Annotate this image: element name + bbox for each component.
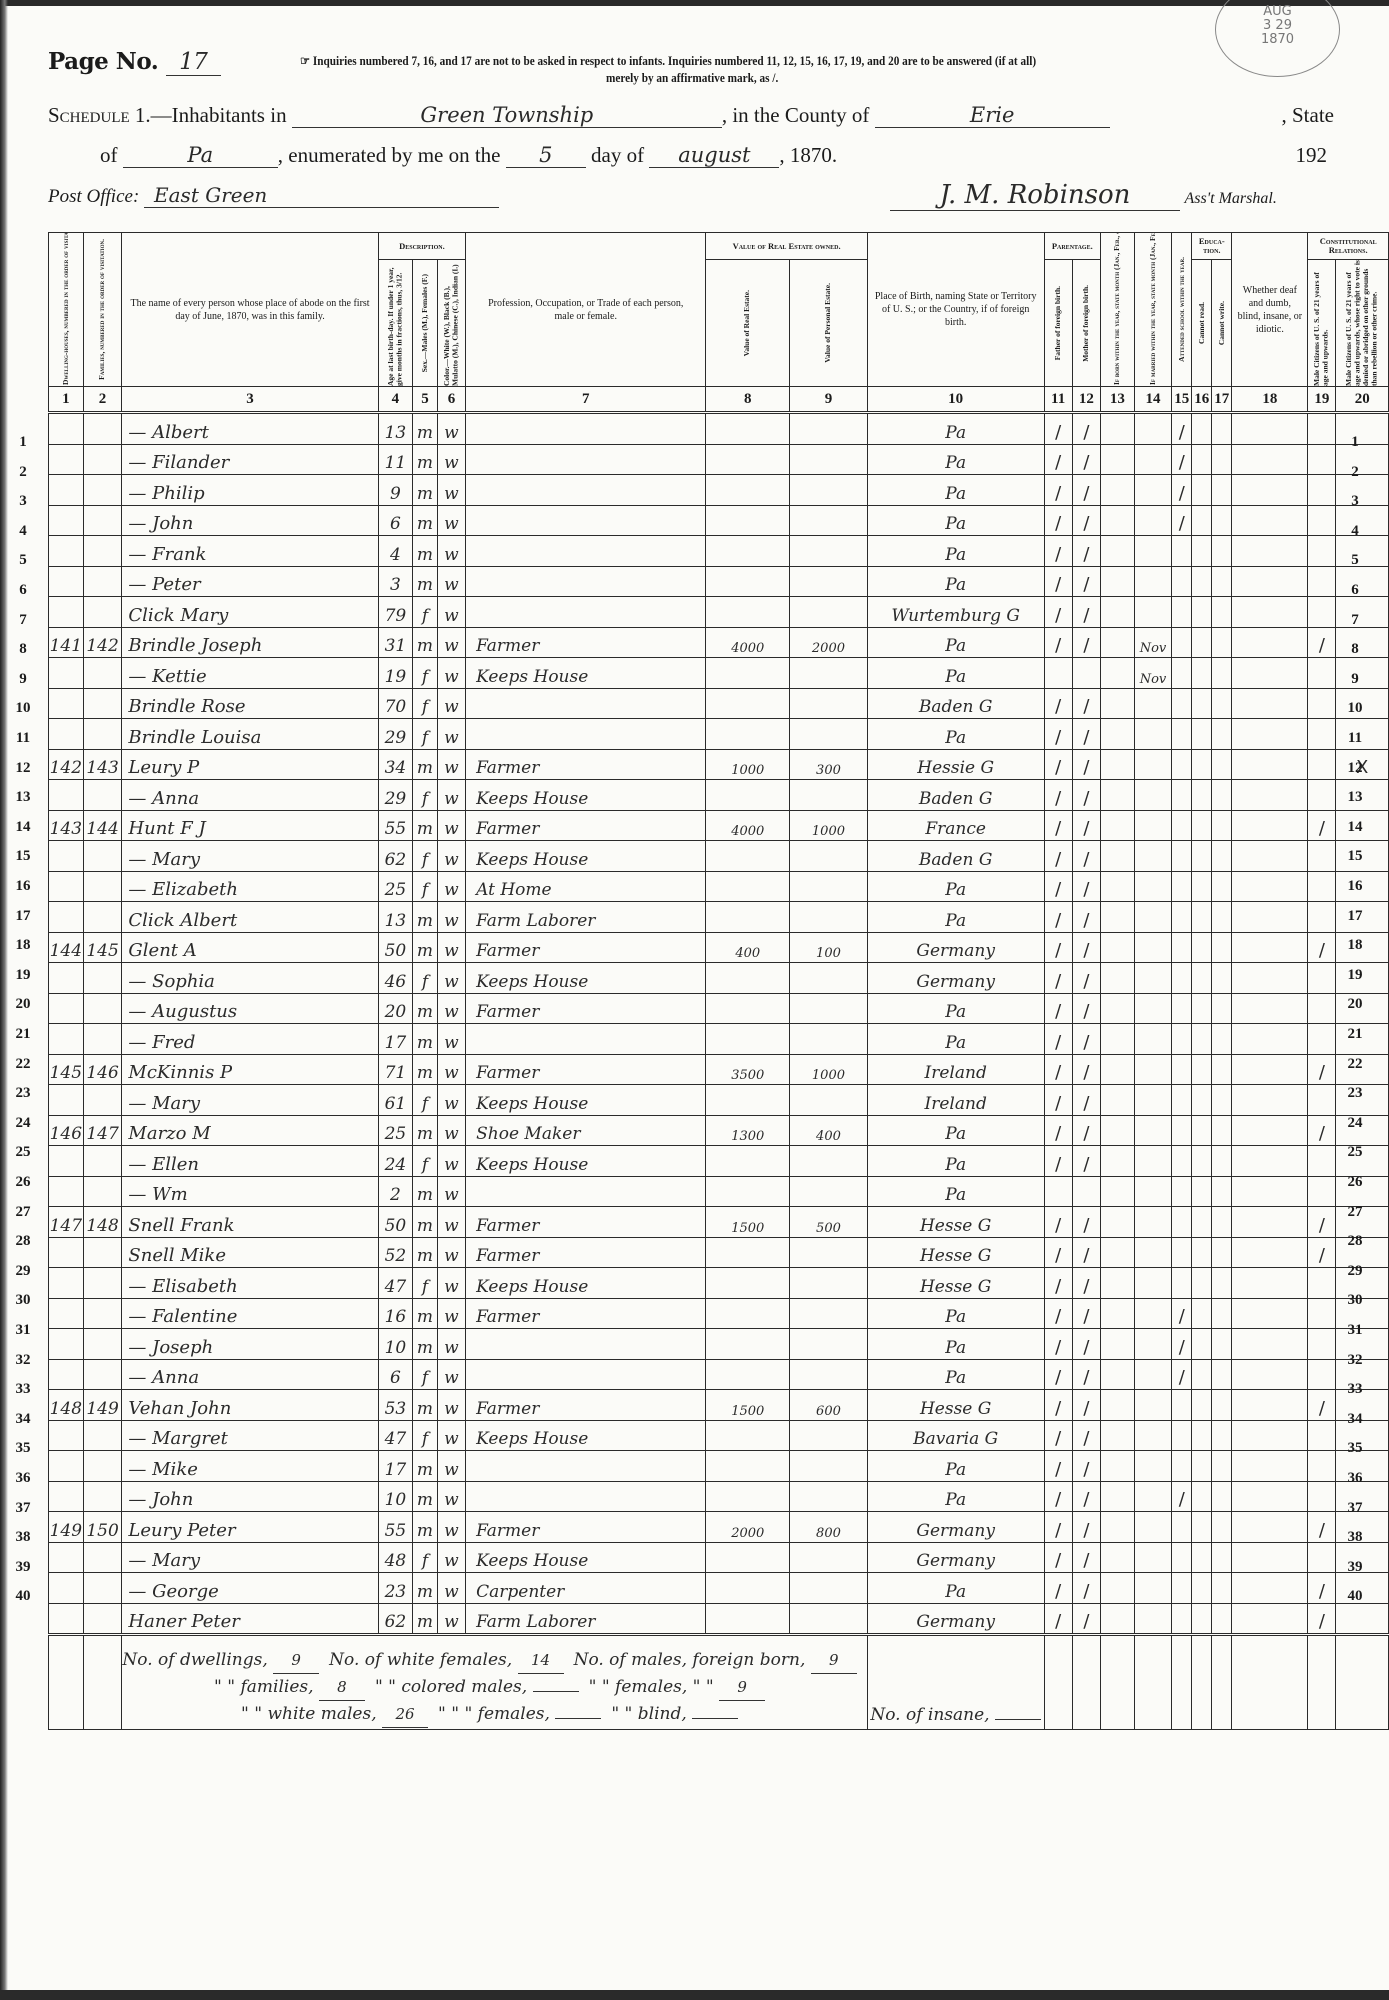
real-estate-value: [706, 1176, 790, 1207]
father-foreign-mark: /: [1044, 444, 1072, 475]
male-citizen-mark: [1308, 1176, 1336, 1207]
color: w: [437, 1024, 465, 1055]
personal-estate-value: [790, 505, 868, 536]
birthplace: Hessie G: [867, 749, 1044, 780]
married-month: [1134, 1146, 1172, 1177]
born-month: [1101, 1237, 1135, 1268]
table-row: — Falentine16mwFarmerPa///: [49, 1298, 1389, 1329]
married-month: [1134, 749, 1172, 780]
table-row: — Elizabeth25fwAt HomePa//: [49, 871, 1389, 902]
occupation: Keeps House: [466, 841, 706, 872]
family-number: [83, 871, 122, 902]
real-estate-value: [706, 1298, 790, 1329]
personal-estate-value: [790, 1573, 868, 1604]
color: w: [437, 1451, 465, 1482]
occupation: [466, 1481, 706, 1512]
header-age: Age at last birth-day. If under 1 year, …: [378, 260, 412, 387]
attended-school-mark: [1172, 1420, 1192, 1451]
dwelling-number: [49, 1481, 84, 1512]
birthplace: Hesse G: [867, 1268, 1044, 1299]
birthplace: Pa: [867, 902, 1044, 933]
male-citizen-mark: [1308, 444, 1336, 475]
header-vote-denied: Male Citizens of U. S. of 21 years of ag…: [1336, 260, 1389, 387]
line-number: 13: [8, 789, 38, 806]
table-row: 143144Hunt F J55mwFarmer40001000France//…: [49, 810, 1389, 841]
person-name: — Frank: [122, 536, 378, 567]
age: 70: [378, 688, 412, 719]
cannot-read-mark: [1192, 1146, 1212, 1177]
cannot-read-mark: [1192, 1512, 1212, 1543]
occupation: [466, 413, 706, 445]
birthplace: Pa: [867, 871, 1044, 902]
born-month: [1101, 1176, 1135, 1207]
birthplace: Pa: [867, 1573, 1044, 1604]
sex: f: [413, 1268, 438, 1299]
father-foreign-mark: /: [1044, 1451, 1072, 1482]
table-row: — John10mwPa///: [49, 1481, 1389, 1512]
married-month: [1134, 1115, 1172, 1146]
person-name: McKinnis P: [122, 1054, 378, 1085]
color: w: [437, 1176, 465, 1207]
family-number: 150: [83, 1512, 122, 1543]
line-number: 29: [8, 1263, 38, 1280]
attended-school-mark: /: [1172, 1359, 1192, 1390]
header-mother-foreign: Mother of foreign birth.: [1072, 260, 1100, 387]
attended-school-mark: [1172, 597, 1192, 628]
sex: m: [413, 1481, 438, 1512]
born-month: [1101, 658, 1135, 689]
age: 10: [378, 1329, 412, 1360]
disability: [1232, 627, 1308, 658]
born-month: [1101, 444, 1135, 475]
married-month: [1134, 1024, 1172, 1055]
disability: [1232, 597, 1308, 628]
married-month: [1134, 993, 1172, 1024]
line-number: 39: [1340, 1559, 1370, 1576]
sex: f: [413, 719, 438, 750]
cannot-write-mark: [1212, 810, 1232, 841]
mother-foreign-mark: /: [1072, 719, 1100, 750]
personal-estate-value: [790, 1451, 868, 1482]
father-foreign-mark: /: [1044, 1542, 1072, 1573]
born-month: [1101, 1054, 1135, 1085]
color: w: [437, 1512, 465, 1543]
person-name: — Mary: [122, 1085, 378, 1116]
born-month: [1101, 627, 1135, 658]
dwelling-number: [49, 1359, 84, 1390]
disability: [1232, 780, 1308, 811]
mother-foreign-mark: /: [1072, 566, 1100, 597]
real-estate-value: 4000: [706, 627, 790, 658]
attended-school-mark: /: [1172, 475, 1192, 506]
line-number: 22: [1340, 1056, 1370, 1073]
born-month: [1101, 536, 1135, 567]
birthplace: Pa: [867, 1115, 1044, 1146]
married-month: [1134, 1298, 1172, 1329]
born-month: [1101, 810, 1135, 841]
color: w: [437, 993, 465, 1024]
disability: [1232, 1298, 1308, 1329]
families-count: 8: [319, 1674, 365, 1701]
male-citizen-mark: [1308, 1420, 1336, 1451]
page-header: Page No. 17 AUG 3 29 1870 ☞ Inquiries nu…: [0, 0, 1389, 225]
group-description: Description.: [378, 233, 465, 260]
dwelling-number: [49, 902, 84, 933]
personal-estate-value: 500: [790, 1207, 868, 1238]
mother-foreign-mark: /: [1072, 1603, 1100, 1635]
cannot-write-mark: [1212, 871, 1232, 902]
cannot-write-mark: [1212, 1146, 1232, 1177]
married-month: [1134, 810, 1172, 841]
cannot-write-mark: [1212, 1420, 1232, 1451]
family-number: [83, 475, 122, 506]
sex: m: [413, 444, 438, 475]
header-name: The name of every person whose place of …: [122, 233, 378, 387]
age: 13: [378, 902, 412, 933]
male-citizen-mark: /: [1308, 1237, 1336, 1268]
father-foreign-mark: [1044, 658, 1072, 689]
attended-school-mark: [1172, 688, 1192, 719]
family-number: [83, 505, 122, 536]
person-name: — Mary: [122, 1542, 378, 1573]
sex: m: [413, 902, 438, 933]
real-estate-value: [706, 1237, 790, 1268]
real-estate-value: [706, 475, 790, 506]
father-foreign-mark: /: [1044, 1481, 1072, 1512]
person-name: — Falentine: [122, 1298, 378, 1329]
blind-count: [692, 1718, 738, 1719]
cannot-read-mark: [1192, 1481, 1212, 1512]
color: w: [437, 1390, 465, 1421]
age: 25: [378, 1115, 412, 1146]
mother-foreign-mark: /: [1072, 1481, 1100, 1512]
line-number: 33: [1340, 1381, 1370, 1398]
header-father-foreign: Father of foreign birth.: [1044, 260, 1072, 387]
dwelling-number: [49, 1176, 84, 1207]
sex: m: [413, 627, 438, 658]
cannot-read-mark: [1192, 627, 1212, 658]
line-number: 5: [1340, 552, 1370, 569]
cannot-read-mark: [1192, 444, 1212, 475]
mother-foreign-mark: /: [1072, 902, 1100, 933]
person-name: — Philip: [122, 475, 378, 506]
father-foreign-mark: /: [1044, 993, 1072, 1024]
born-month: [1101, 871, 1135, 902]
born-month: [1101, 1024, 1135, 1055]
mother-foreign-mark: /: [1072, 1420, 1100, 1451]
line-number: 30: [8, 1292, 38, 1309]
table-row: — Margret47fwKeeps HouseBavaria G//: [49, 1420, 1389, 1451]
cannot-read-mark: [1192, 1268, 1212, 1299]
male-citizen-mark: [1308, 1542, 1336, 1573]
person-name: — Peter: [122, 566, 378, 597]
married-month: [1134, 1512, 1172, 1543]
page-number: Page No. 17: [48, 48, 221, 76]
line-number: 12: [1340, 760, 1370, 777]
sex: m: [413, 1176, 438, 1207]
born-month: [1101, 1207, 1135, 1238]
age: 4: [378, 536, 412, 567]
dwelling-number: [49, 1420, 84, 1451]
header-married-within-year: If married within the year, state month …: [1134, 233, 1172, 387]
disability: [1232, 1268, 1308, 1299]
attended-school-mark: [1172, 902, 1192, 933]
insane-summary: No. of insane,: [867, 1635, 1044, 1730]
real-estate-value: [706, 963, 790, 994]
sex: m: [413, 1298, 438, 1329]
table-row: — Albert13mwPa///: [49, 413, 1389, 445]
sex: f: [413, 597, 438, 628]
column-group-headers: Dwelling-houses, numbered in the order o…: [49, 233, 1389, 260]
dwelling-number: 146: [49, 1115, 84, 1146]
male-citizen-mark: /: [1308, 810, 1336, 841]
attended-school-mark: [1172, 566, 1192, 597]
disability: [1232, 536, 1308, 567]
married-month: [1134, 1207, 1172, 1238]
occupation: Farmer: [466, 1054, 706, 1085]
sex: m: [413, 1207, 438, 1238]
born-month: [1101, 1512, 1135, 1543]
header-disability: Whether deaf and dumb, blind, insane, or…: [1232, 233, 1308, 387]
table-row: Haner Peter62mwFarm LaborerGermany///: [49, 1603, 1389, 1635]
personal-estate-value: [790, 902, 868, 933]
father-foreign-mark: /: [1044, 1359, 1072, 1390]
father-foreign-mark: /: [1044, 1512, 1072, 1543]
age: 48: [378, 1542, 412, 1573]
line-number: 3: [1340, 493, 1370, 510]
personal-estate-value: 300: [790, 749, 868, 780]
male-citizen-mark: [1308, 566, 1336, 597]
line-number: 1: [1340, 434, 1370, 451]
summary-row: No. of dwellings, 9No. of white females,…: [49, 1635, 1389, 1730]
dwelling-number: 145: [49, 1054, 84, 1085]
occupation: Farmer: [466, 1207, 706, 1238]
father-foreign-mark: /: [1044, 536, 1072, 567]
header-dwelling: Dwelling-houses, numbered in the order o…: [49, 233, 84, 387]
born-month: [1101, 475, 1135, 506]
line-number: 10: [8, 700, 38, 717]
real-estate-value: [706, 871, 790, 902]
line-number: 36: [1340, 1470, 1370, 1487]
male-citizen-mark: [1308, 1298, 1336, 1329]
cannot-read-mark: [1192, 902, 1212, 933]
male-citizen-mark: [1308, 1329, 1336, 1360]
birthplace: Germany: [867, 932, 1044, 963]
mother-foreign-mark: /: [1072, 444, 1100, 475]
attended-school-mark: [1172, 1542, 1192, 1573]
personal-estate-value: 1000: [790, 810, 868, 841]
male-citizen-mark: [1308, 963, 1336, 994]
line-number: 31: [8, 1322, 38, 1339]
disability: [1232, 1573, 1308, 1604]
color: w: [437, 1085, 465, 1116]
family-number: [83, 1237, 122, 1268]
line-number: 16: [1340, 878, 1370, 895]
dwelling-number: 141: [49, 627, 84, 658]
married-month: [1134, 1054, 1172, 1085]
line-number: 14: [8, 819, 38, 836]
male-citizen-mark: [1308, 688, 1336, 719]
cannot-write-mark: [1212, 597, 1232, 628]
birthplace: Pa: [867, 566, 1044, 597]
disability: [1232, 749, 1308, 780]
male-citizen-mark: [1308, 1481, 1336, 1512]
occupation: Farmer: [466, 1298, 706, 1329]
cannot-write-mark: [1212, 1054, 1232, 1085]
born-month: [1101, 597, 1135, 628]
occupation: [466, 1176, 706, 1207]
real-estate-value: [706, 1542, 790, 1573]
disability: [1232, 932, 1308, 963]
real-estate-value: [706, 1420, 790, 1451]
mother-foreign-mark: /: [1072, 1207, 1100, 1238]
birthplace: Pa: [867, 1451, 1044, 1482]
attended-school-mark: [1172, 1176, 1192, 1207]
born-month: [1101, 688, 1135, 719]
foreign-females-count: 9: [719, 1674, 765, 1701]
disability: [1232, 841, 1308, 872]
real-estate-value: 1300: [706, 1115, 790, 1146]
father-foreign-mark: /: [1044, 1420, 1072, 1451]
line-number: 10: [1340, 700, 1370, 717]
attended-school-mark: [1172, 658, 1192, 689]
personal-estate-value: 400: [790, 1115, 868, 1146]
line-number: 7: [8, 612, 38, 629]
real-estate-value: [706, 1359, 790, 1390]
cannot-write-mark: [1212, 566, 1232, 597]
personal-estate-value: [790, 1237, 868, 1268]
birthplace: Pa: [867, 475, 1044, 506]
real-estate-value: [706, 1085, 790, 1116]
age: 20: [378, 993, 412, 1024]
person-name: — Albert: [122, 413, 378, 445]
dwelling-number: [49, 475, 84, 506]
white-males-count: 26: [382, 1701, 428, 1728]
male-citizen-mark: /: [1308, 627, 1336, 658]
line-number: 40: [8, 1588, 38, 1605]
color: w: [437, 871, 465, 902]
group-constitutional: Constitutional Relations.: [1308, 233, 1389, 260]
person-name: Hunt F J: [122, 810, 378, 841]
personal-estate-value: [790, 1420, 868, 1451]
line-number: 35: [1340, 1440, 1370, 1457]
age: 2: [378, 1176, 412, 1207]
attended-school-mark: [1172, 1268, 1192, 1299]
cannot-read-mark: [1192, 1420, 1212, 1451]
family-number: [83, 1024, 122, 1055]
mother-foreign-mark: /: [1072, 597, 1100, 628]
male-citizen-mark: [1308, 505, 1336, 536]
occupation: [466, 597, 706, 628]
line-number: 28: [1340, 1233, 1370, 1250]
sex: f: [413, 871, 438, 902]
family-number: 144: [83, 810, 122, 841]
occupation: [466, 566, 706, 597]
family-number: [83, 688, 122, 719]
line-number: 11: [1340, 730, 1370, 747]
line-number: 9: [8, 671, 38, 688]
personal-estate-value: [790, 597, 868, 628]
attended-school-mark: /: [1172, 444, 1192, 475]
sex: f: [413, 780, 438, 811]
cannot-read-mark: [1192, 1176, 1212, 1207]
cannot-write-mark: [1212, 1268, 1232, 1299]
table-row: Click Albert13mwFarm LaborerPa//: [49, 902, 1389, 933]
personal-estate-value: [790, 1024, 868, 1055]
cannot-read-mark: [1192, 1115, 1212, 1146]
family-number: 143: [83, 749, 122, 780]
color: w: [437, 1329, 465, 1360]
mother-foreign-mark: /: [1072, 1237, 1100, 1268]
attended-school-mark: /: [1172, 1329, 1192, 1360]
dwelling-number: [49, 505, 84, 536]
birthplace: Baden G: [867, 780, 1044, 811]
male-citizen-mark: [1308, 871, 1336, 902]
sex: m: [413, 1237, 438, 1268]
family-number: [83, 1481, 122, 1512]
real-estate-value: [706, 1024, 790, 1055]
born-month: [1101, 993, 1135, 1024]
cannot-write-mark: [1212, 658, 1232, 689]
occupation: Farm Laborer: [466, 1603, 706, 1635]
dwelling-number: [49, 1603, 84, 1635]
male-citizen-mark: /: [1308, 1115, 1336, 1146]
father-foreign-mark: /: [1044, 1207, 1072, 1238]
age: 55: [378, 1512, 412, 1543]
person-name: Leury Peter: [122, 1512, 378, 1543]
occupation: [466, 536, 706, 567]
header-family: Families, numbered in the order of visit…: [83, 233, 122, 387]
person-name: Brindle Joseph: [122, 627, 378, 658]
cannot-write-mark: [1212, 1085, 1232, 1116]
dwellings-count: 9: [273, 1647, 319, 1674]
color: w: [437, 932, 465, 963]
person-name: — Margret: [122, 1420, 378, 1451]
mother-foreign-mark: /: [1072, 932, 1100, 963]
insane-count: [995, 1719, 1041, 1720]
birthplace: Wurtemburg G: [867, 597, 1044, 628]
father-foreign-mark: [1044, 1176, 1072, 1207]
disability: [1232, 1420, 1308, 1451]
birthplace: Germany: [867, 1542, 1044, 1573]
married-month: [1134, 841, 1172, 872]
disability: [1232, 1115, 1308, 1146]
color: w: [437, 1298, 465, 1329]
header-occupation: Profession, Occupation, or Trade of each…: [466, 233, 706, 387]
table-row: — Mary62fwKeeps HouseBaden G//: [49, 841, 1389, 872]
color: w: [437, 1268, 465, 1299]
personal-estate-value: [790, 1359, 868, 1390]
occupation: [466, 688, 706, 719]
table-row: — Anna6fwPa///: [49, 1359, 1389, 1390]
person-name: Click Mary: [122, 597, 378, 628]
page-number-value: 17: [166, 49, 221, 76]
cannot-read-mark: [1192, 993, 1212, 1024]
personal-estate-value: [790, 688, 868, 719]
occupation: Keeps House: [466, 1268, 706, 1299]
color: w: [437, 444, 465, 475]
male-citizen-mark: [1308, 780, 1336, 811]
color: w: [437, 1146, 465, 1177]
person-name: — Mike: [122, 1451, 378, 1482]
color: w: [437, 780, 465, 811]
cannot-read-mark: [1192, 719, 1212, 750]
line-number: 22: [8, 1056, 38, 1073]
cannot-write-mark: [1212, 444, 1232, 475]
male-citizen-mark: [1308, 1359, 1336, 1390]
married-month: [1134, 932, 1172, 963]
disability: [1232, 1390, 1308, 1421]
